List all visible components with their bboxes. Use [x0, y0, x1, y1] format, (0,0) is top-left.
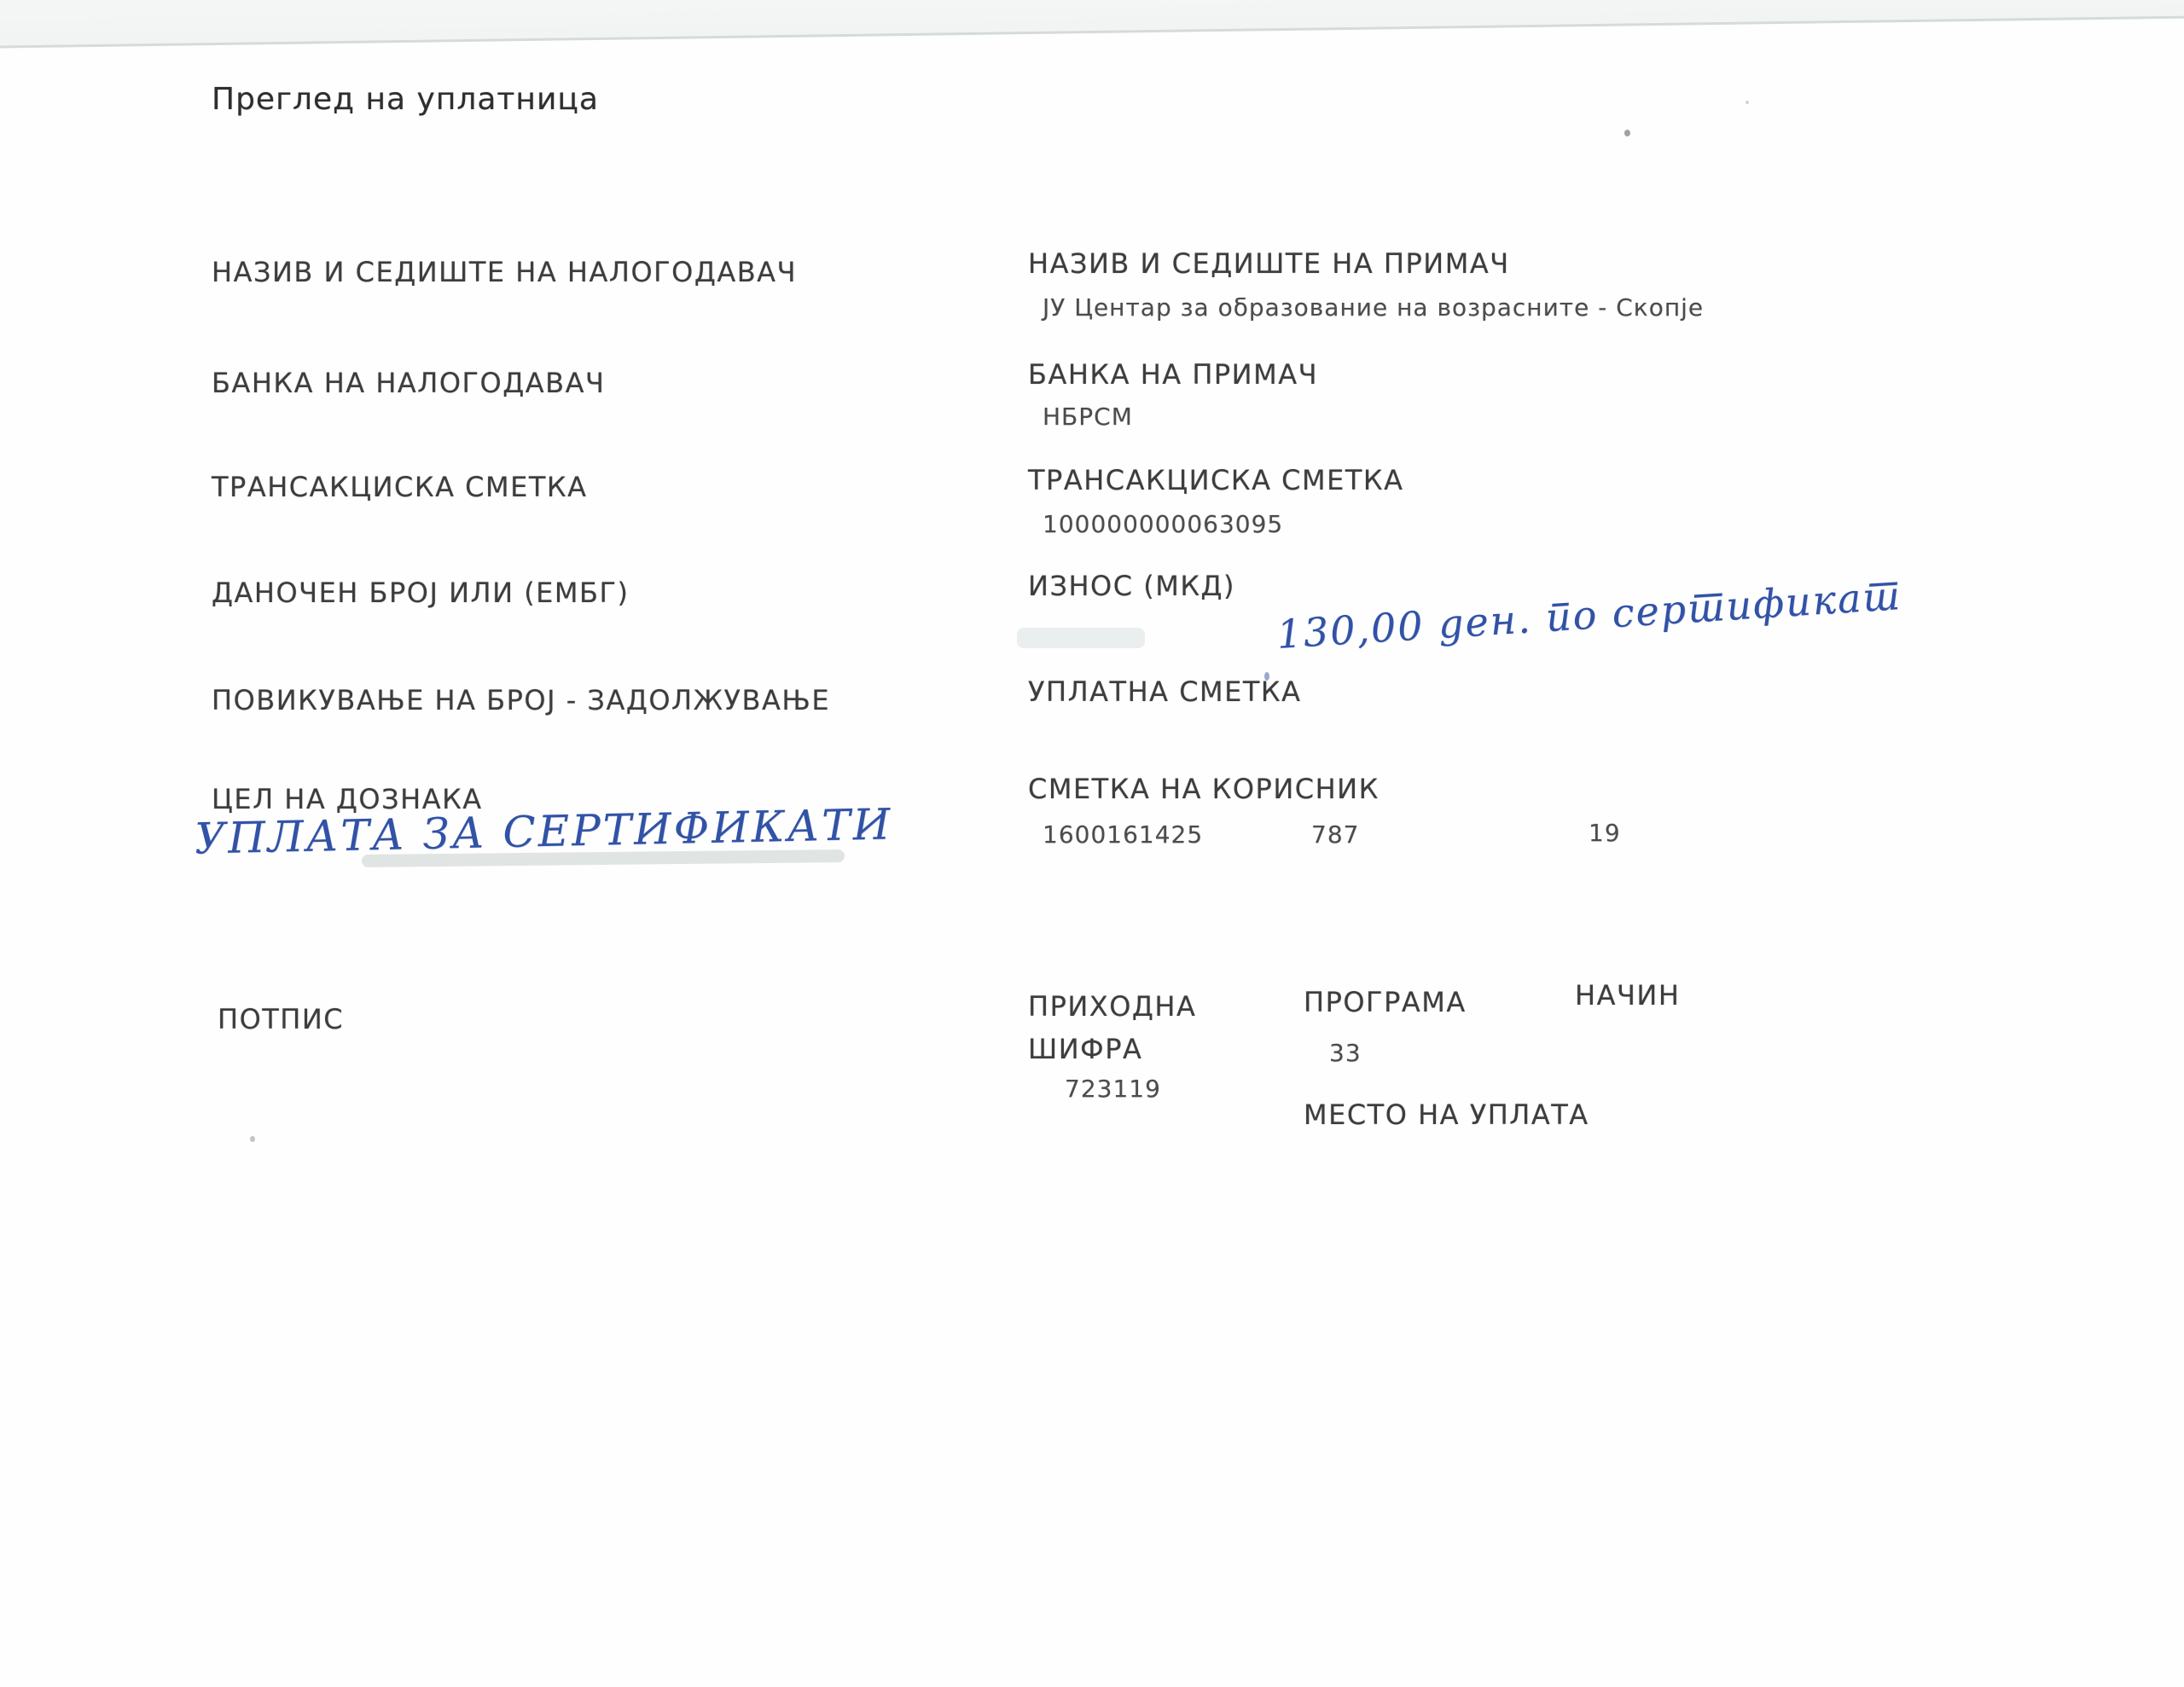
recipient-transaction-account-label: ТРАНСАКЦИСКА СМЕТКА: [1028, 464, 1403, 496]
amount-label: ИЗНОС (МКД): [1028, 570, 1235, 602]
recipient-bank-label: БАНКА НА ПРИМАЧ: [1028, 358, 1318, 391]
signature-label: ПОТПИС: [218, 1003, 344, 1035]
beneficiary-account-value: 1600161425: [1043, 820, 1203, 849]
payer-name-label: НАЗИВ И СЕДИШТЕ НА НАЛОГОДАВАЧ: [212, 256, 797, 288]
income-code-label: ПРИХОДНА ШИФРА: [1028, 986, 1284, 1070]
payer-transaction-account-label: ТРАНСАКЦИСКА СМЕТКА: [212, 471, 587, 503]
amount-handwritten-value: 130,00 ден. по сертификат: [1275, 572, 1902, 658]
scanned-payment-slip: Преглед на уплатница НАЗИВ И СЕДИШТЕ НА …: [0, 0, 2184, 1687]
scan-speck: [1624, 130, 1630, 136]
payer-tax-number-label: ДАНОЧЕН БРОЈ ИЛИ (ЕМБГ): [212, 577, 629, 609]
place-of-payment-label: МЕСТО НА УПЛАТА: [1304, 1099, 1589, 1131]
payer-bank-label: БАНКА НА НАЛОГОДАВАЧ: [212, 367, 605, 399]
page-title: Преглед на уплатница: [212, 82, 599, 117]
program-label: ПРОГРАМА: [1304, 986, 1467, 1018]
scan-speck: [250, 1136, 255, 1142]
scan-edge-artifact: [0, 0, 2184, 49]
program-value: 33: [1329, 1039, 1362, 1067]
ink-speck: [1264, 672, 1269, 681]
toner-smudge: [1017, 628, 1145, 648]
beneficiary-code-value: 787: [1311, 820, 1359, 849]
recipient-transaction-account-value: 100000000063095: [1043, 510, 1283, 538]
beneficiary-suffix-value: 19: [1589, 819, 1621, 847]
income-code-value: 723119: [1065, 1075, 1161, 1103]
payer-reference-number-label: ПОВИКУВАЊЕ НА БРОЈ - ЗАДОЛЖУВАЊЕ: [212, 684, 830, 716]
recipient-name-value: ЈУ Центар за образование на возрасните -…: [1043, 293, 1704, 322]
payment-account-label: УПЛАТНА СМЕТКА: [1028, 675, 1302, 708]
scan-speck: [1745, 101, 1749, 104]
method-label: НАЧИН: [1575, 979, 1680, 1012]
recipient-name-label: НАЗИВ И СЕДИШТЕ НА ПРИМАЧ: [1028, 247, 1510, 280]
recipient-bank-value: НБРСМ: [1043, 403, 1133, 431]
beneficiary-account-label: СМЕТКА НА КОРИСНИК: [1028, 773, 1380, 805]
